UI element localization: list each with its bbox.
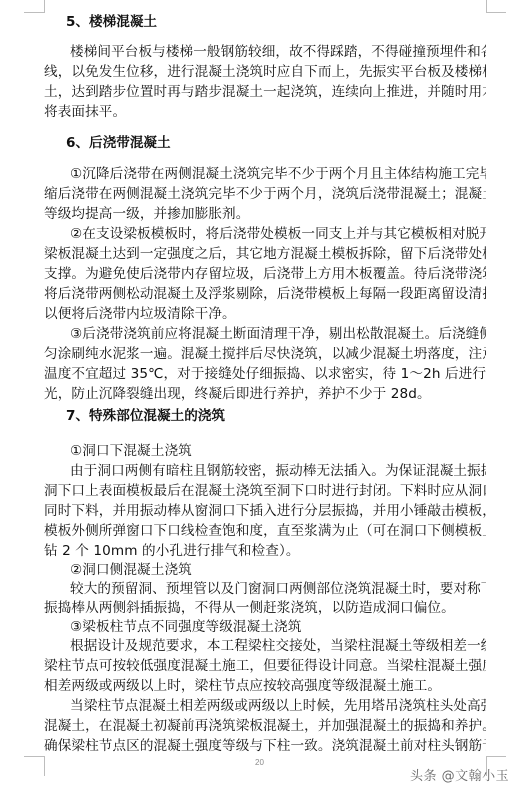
- paragraph-line: 匀涂刷纯水泥浆一遍。混凝土搅拌后尽快浇筑，以减少混凝土坍落度，注意浇筑: [44, 344, 486, 364]
- section-heading-5: 5、楼梯混凝土: [66, 12, 157, 32]
- paragraph-line: 将表面抹平。: [44, 102, 486, 122]
- paragraph-line: 光，防止沉降裂缝出现，终凝后即进行养护，养护不少于 28d。: [44, 384, 486, 404]
- subheading-line: ①洞口下混凝土浇筑: [44, 441, 486, 461]
- paragraph-line: 相差两级或两级以上时，梁柱节点应按较高强度等级混凝土施工。: [44, 676, 486, 696]
- crop-mark-top-right-v: [486, 0, 487, 13]
- crop-mark-bottom-right-h: [486, 756, 506, 757]
- crop-mark-bottom-left-v: [44, 756, 45, 776]
- crop-mark-top-right-h: [486, 12, 506, 13]
- paragraph-line: 线，以免发生位移，进行混凝土浇筑时应自下而上，先振实平台板及楼梯板混凝: [44, 62, 486, 82]
- paragraph-line: 将后浇带两侧松动混凝土及浮浆剔除，后浇带模板上每隔一段距离留设清扫口，: [44, 284, 486, 304]
- paragraph-line: 由于洞口两侧有暗柱且钢筋较密，振动棒无法插入。为保证混凝土振捣密实，: [44, 461, 486, 481]
- paragraph-line: 缩后浇带在两侧混凝土浇筑完毕不少于两个月，浇筑后浇带混凝土；混凝土强度: [44, 184, 486, 204]
- paragraph-line: 洞下口上表面模板最后在混凝土浇筑至洞下口时进行封闭。下料时应从洞口两侧: [44, 481, 486, 501]
- paragraph-line: 土，达到踏步位置时再与踏步混凝土一起浇筑，连续向上推进，并随时用木抹子: [44, 82, 486, 102]
- paragraph-line: 根据设计及规范要求，本工程梁柱交接处，当梁柱混凝土等级相差一级时，: [44, 636, 486, 656]
- crop-mark-top-left-h: [24, 12, 44, 13]
- paragraph-line: ①沉降后浇带在两侧混凝土浇筑完毕不少于两个月且主体结构施工完毕，伸: [44, 164, 486, 184]
- paragraph-line: 等级均提高一级，并掺加膨胀剂。: [44, 204, 486, 224]
- paragraph-line: 温度不宜超过 35℃，对于接缝处仔细振捣、以求密实，待 1～2h 后进行抹压收: [44, 364, 486, 384]
- paragraph-line: 支撑。为避免使后浇带内存留垃圾，后浇带上方用木板覆盖。待后浇带浇筑之前，: [44, 264, 486, 284]
- paragraph-line: 以便将后浇带内垃圾清除干净。: [44, 304, 486, 324]
- paragraph-line: 梁柱节点可按较低强度混凝土施工，但要征得设计同意。当梁柱混凝土强度等级: [44, 656, 486, 676]
- section-heading-7: 7、特殊部位混凝土的浇筑: [66, 406, 225, 426]
- crop-mark-top-left-v: [44, 0, 45, 13]
- paragraph-line: 振捣棒从两侧斜插振捣，不得从一侧赶浆浇筑，以防造成洞口偏位。: [44, 598, 486, 618]
- watermark: 头条 @文翰小玉: [410, 765, 509, 784]
- subheading-line: ③梁板柱节点不同强度等级混凝土浇筑: [44, 617, 486, 637]
- paragraph-line: 同时下料，并用振动棒从窗洞口下插入进行分层振捣，并用小锤敲击模板，根据: [44, 501, 486, 521]
- paragraph-line: 混凝土，在混凝土初凝前再浇筑梁板混凝土，并加强混凝土的振捣和养护。从而: [44, 716, 486, 736]
- paragraph-line: 当梁柱节点混凝土相差两级或两级以上时候，先用塔吊浇筑柱头处高强度的: [44, 696, 486, 716]
- paragraph-line: 梁板混凝土达到一定强度之后，其它地方混凝土模板拆除，留下后浇带处模板及: [44, 244, 486, 264]
- paragraph-line: 楼梯间平台板与楼梯一般钢筋较细，故不得踩踏，不得碰撞预埋件和各种管: [44, 42, 486, 62]
- paragraph-line: ③后浇带浇筑前应将混凝土断面清理干净，剔出松散混凝土。后浇缝侧面均: [44, 324, 486, 344]
- crop-mark-bottom-left-h: [24, 756, 44, 757]
- paragraph-line: ②在支设梁板模板时，将后浇带处模板一同支上并与其它模板相对脱开，待: [44, 224, 486, 244]
- document-page: 5、楼梯混凝土 楼梯间平台板与楼梯一般钢筋较细，故不得踩踏，不得碰撞预埋件和各种…: [0, 0, 522, 790]
- paragraph-line: 模板外侧所弹窗口下口线检查饱和度，直至浆满为止（可在洞口下侧模板上表面: [44, 521, 486, 541]
- paragraph-line: 钻 2 个 10mm 的小孔进行排气和检查）。: [44, 541, 486, 561]
- page-number: 20: [255, 758, 264, 767]
- section-heading-6: 6、后浇带混凝土: [66, 133, 171, 153]
- paragraph-line: 较大的预留洞、预埋管以及门窗洞口两侧部位浇筑混凝土时，要对称下料，: [44, 579, 486, 599]
- subheading-line: ②洞口侧混凝土浇筑: [44, 560, 486, 580]
- paragraph-line: 确保梁柱节点区的混凝土强度等级与下柱一致。浇筑混凝土前对柱头钢筋予以保: [44, 736, 486, 756]
